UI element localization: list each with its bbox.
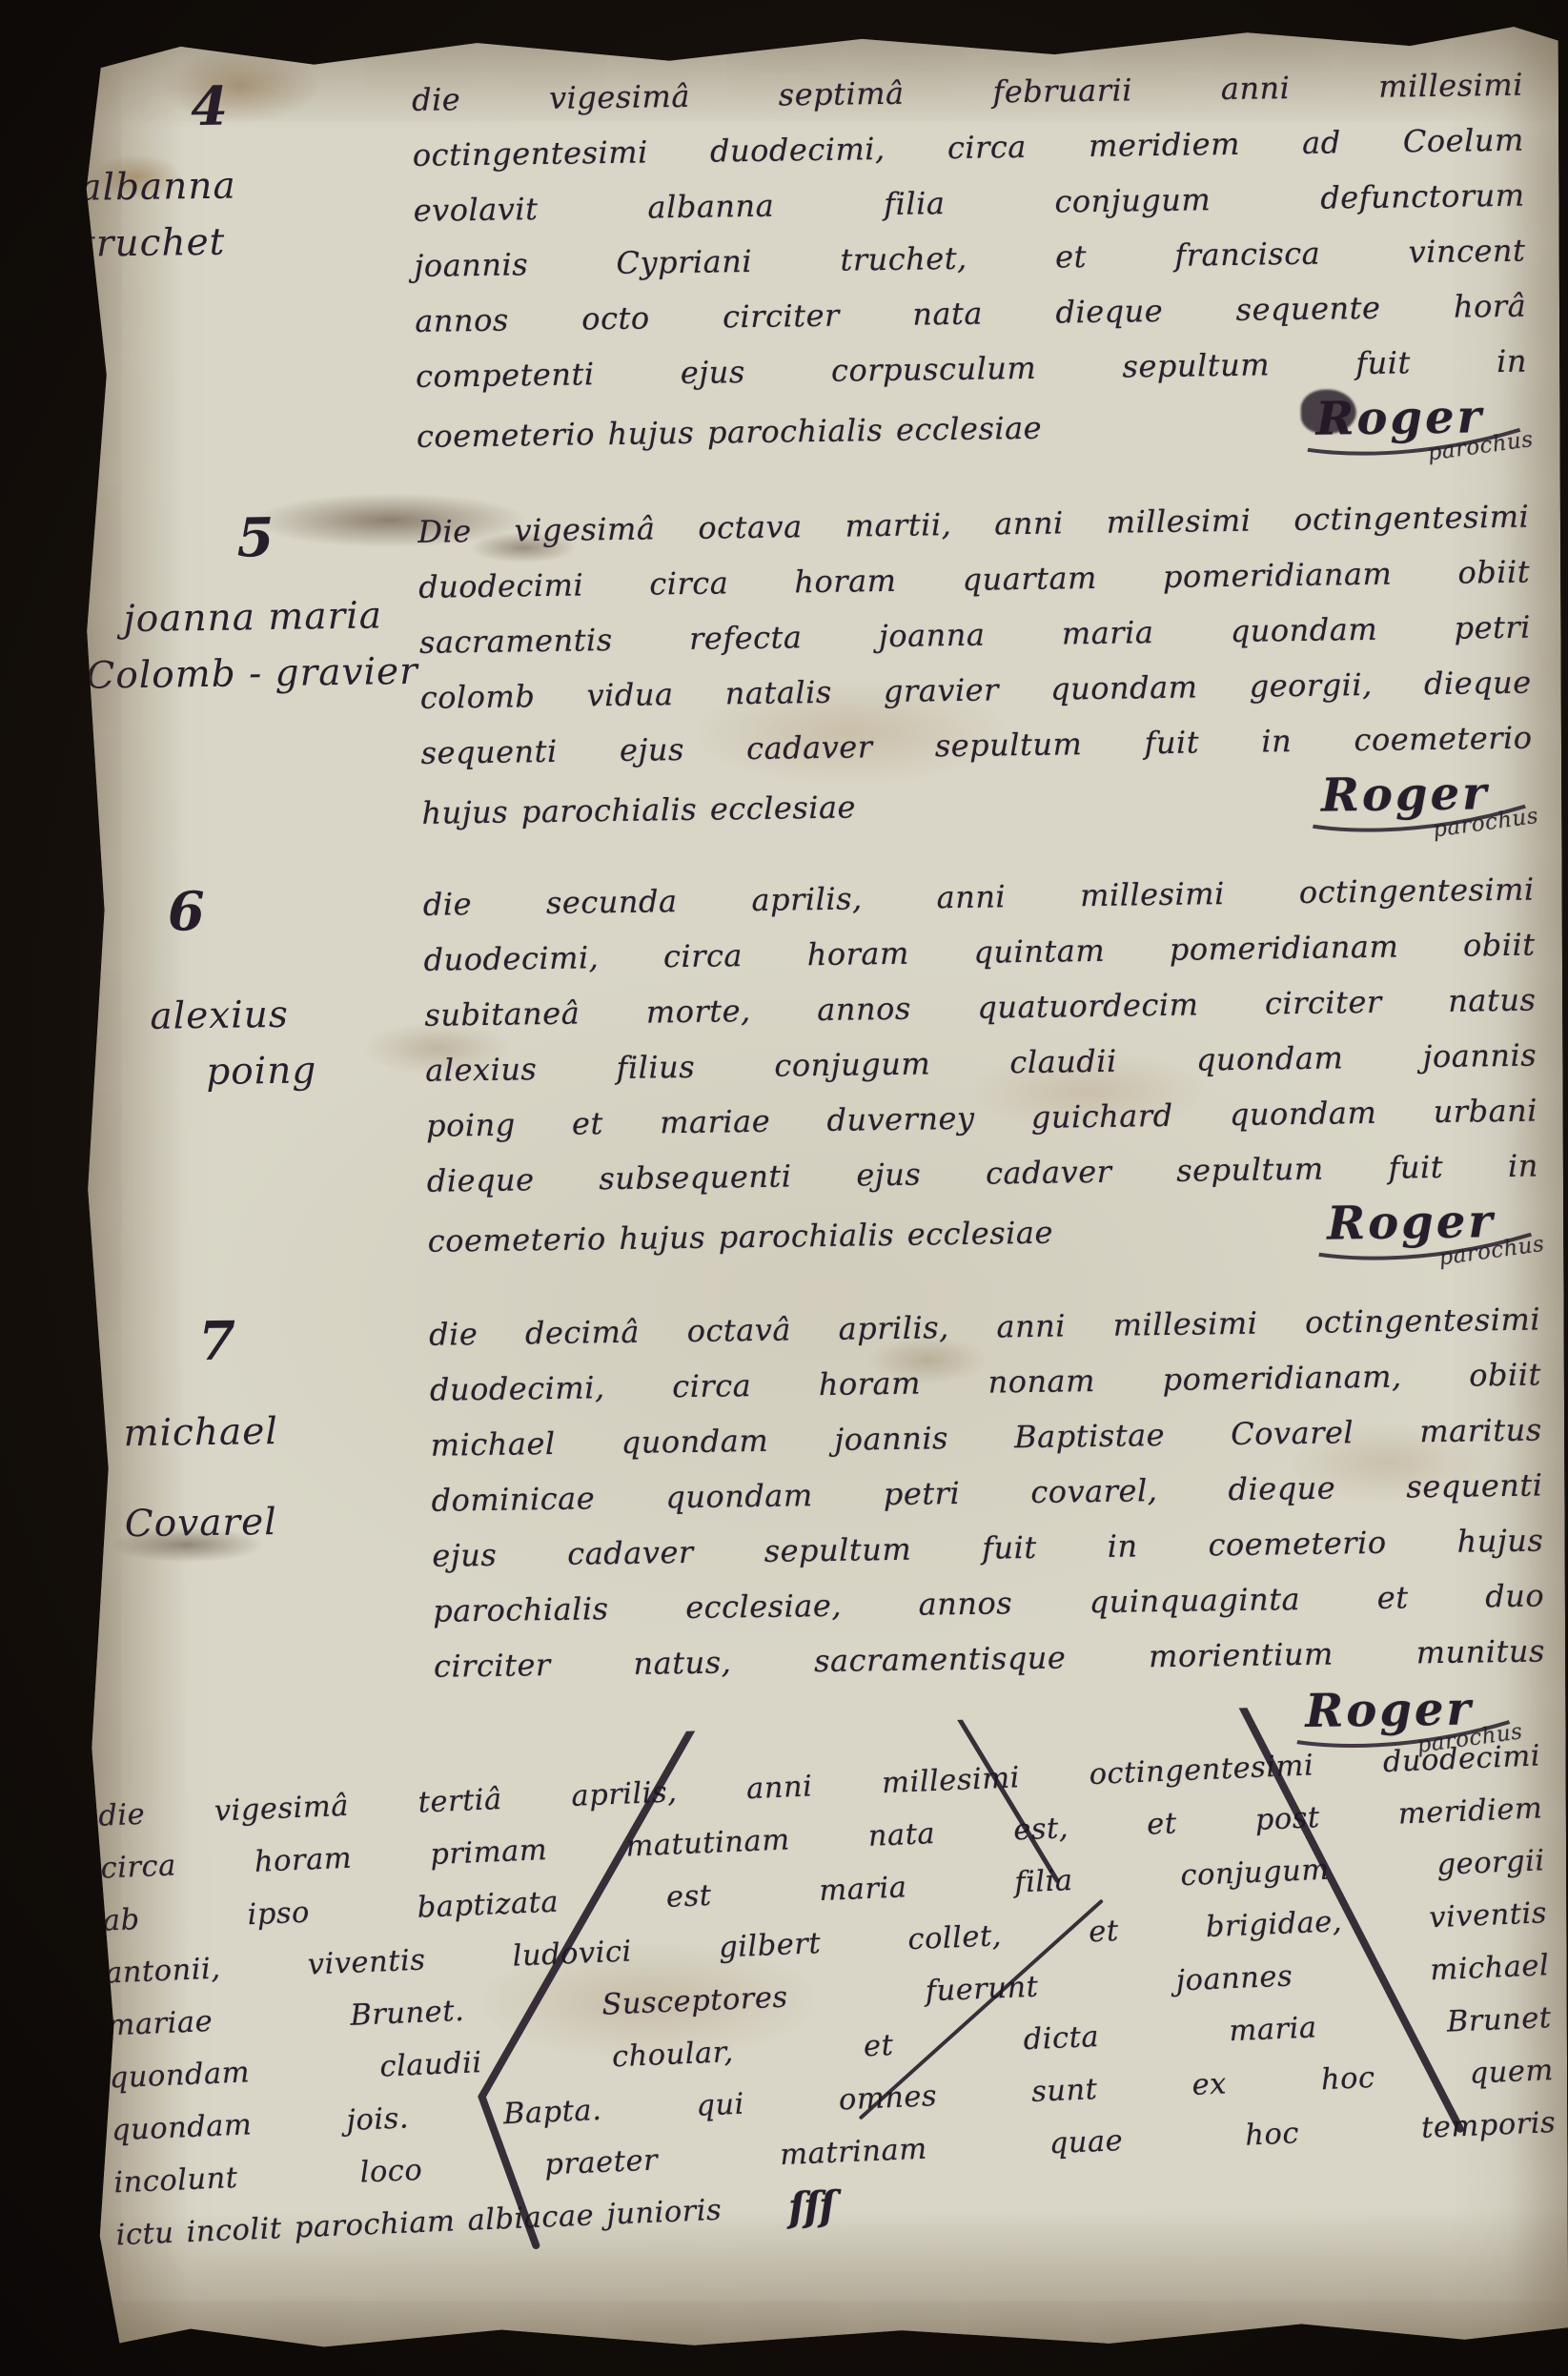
margin-names: alexius poing bbox=[91, 986, 418, 1102]
record-body: die vigesimâ tertiâ aprilis, anni milles… bbox=[86, 1730, 1558, 2262]
record-line: hujus parochialis ecclesiae bbox=[421, 779, 856, 840]
priest-signature: Roger parochus bbox=[1327, 1194, 1539, 1257]
record-body: die secunda aprilis, anni millesimi octi… bbox=[422, 862, 1539, 1269]
record-body: die vigesimâ septimâ februarii anni mill… bbox=[412, 57, 1529, 464]
margin-name-line: joanna maria bbox=[123, 588, 412, 648]
photo-of-parish-register: { "page": { "background_color": "#120d09… bbox=[0, 0, 1568, 2376]
burial-record-5: 5 joanna maria Colomb - gravier Die vige… bbox=[74, 489, 1534, 846]
priest-signature: Roger parochus bbox=[1315, 389, 1528, 452]
margin-name-line: truchet bbox=[80, 213, 407, 273]
margin-name-line: Covarel bbox=[124, 1492, 424, 1552]
record-body: Die vigesimâ octava martii, anni millesi… bbox=[417, 489, 1534, 841]
record-number: 5 bbox=[236, 504, 411, 570]
margin-note-6: 6 alexius poing bbox=[79, 877, 420, 1274]
margin-note-7: 7 michael Covarel bbox=[86, 1307, 428, 1761]
priest-signature: Roger parochus bbox=[1321, 766, 1534, 829]
margin-names: joanna maria Colomb - gravier bbox=[85, 588, 413, 705]
margin-name-line: alexius bbox=[150, 986, 417, 1045]
margin-name-line: poing bbox=[206, 1041, 418, 1100]
record-number: 7 bbox=[198, 1307, 422, 1373]
margin-name-line: Colomb - gravier bbox=[86, 644, 413, 704]
margin-names: albanna truchet bbox=[79, 156, 407, 273]
manuscript-page: 4 albanna truchet die vigesimâ septimâ f… bbox=[77, 20, 1568, 2353]
record-line: coemeterio hujus parochialis ecclesiae bbox=[427, 1205, 1053, 1269]
margin-name-line: michael bbox=[123, 1403, 423, 1463]
burial-record-6: 6 alexius poing die secunda aprilis, ann… bbox=[79, 862, 1539, 1274]
record-number: 6 bbox=[167, 877, 416, 944]
record-body: die decimâ octavâ aprilis, anni millesim… bbox=[429, 1292, 1546, 1756]
margin-names: michael Covarel bbox=[96, 1403, 424, 1553]
crossed-out-baptism-record: die vigesimâ tertiâ aprilis, anni milles… bbox=[86, 1730, 1558, 2262]
margin-note-5: 5 joanna maria Colomb - gravier bbox=[74, 504, 415, 846]
end-flourish-mark: ſſſ bbox=[787, 2180, 835, 2234]
margin-note-4: 4 albanna truchet bbox=[69, 72, 410, 469]
record-number: 4 bbox=[191, 72, 405, 138]
record-line: coemeterio hujus parochialis ecclesiae bbox=[417, 400, 1043, 464]
burial-record-7: 7 michael Covarel die decimâ octavâ apri… bbox=[86, 1292, 1546, 1761]
register-content: 4 albanna truchet die vigesimâ septimâ f… bbox=[66, 12, 1568, 2359]
burial-record-4: 4 albanna truchet die vigesimâ septimâ f… bbox=[69, 57, 1529, 469]
margin-name-line: albanna bbox=[79, 156, 406, 216]
